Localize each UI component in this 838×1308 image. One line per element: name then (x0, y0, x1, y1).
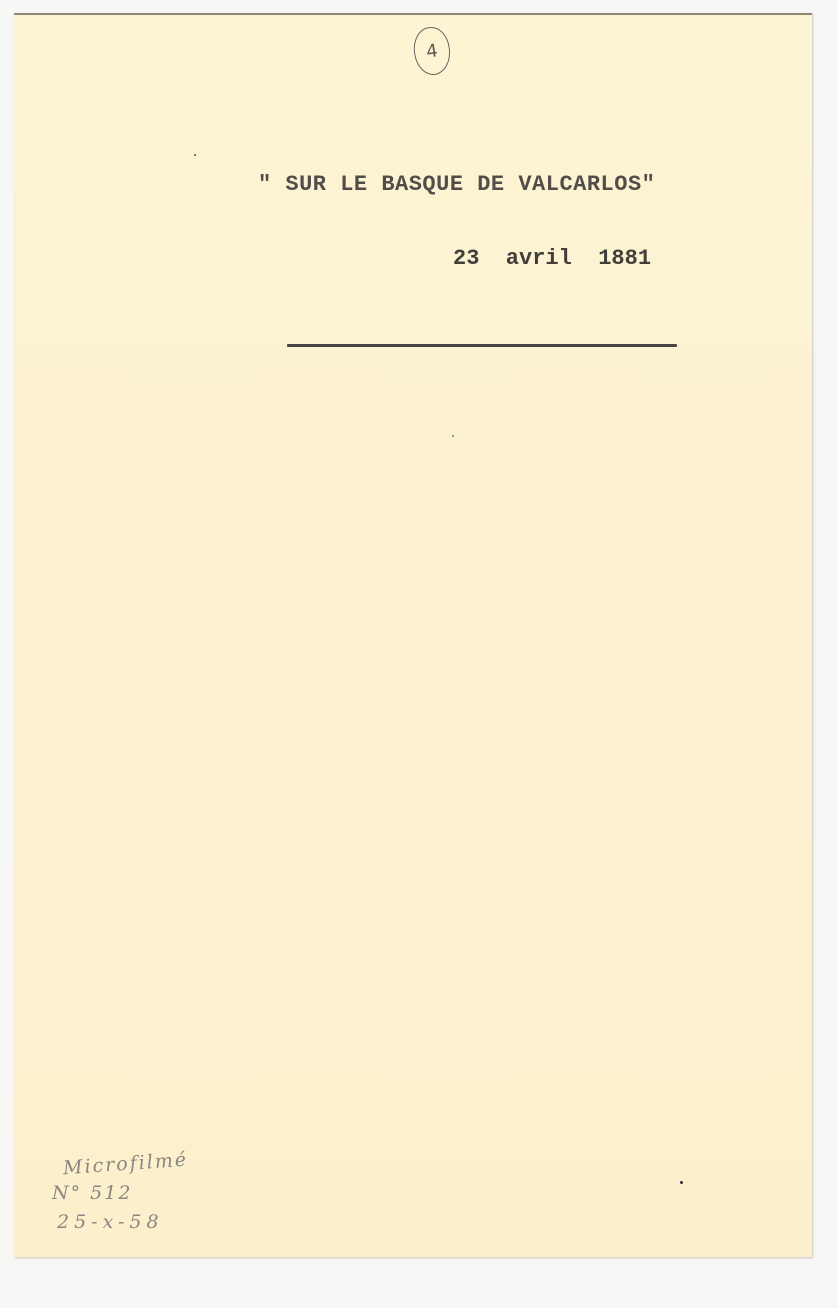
document-title: " SUR LE BASQUE DE VALCARLOS" (258, 172, 655, 197)
annotation-line-3: 25-x-58 (57, 1208, 188, 1237)
annotation-line-2: N° 512 (52, 1179, 188, 1208)
microfilm-annotation: Microfilmé N° 512 25-x-58 (55, 1150, 188, 1237)
paper-speck (452, 435, 454, 437)
paper-speck (194, 154, 196, 156)
underline-rule (287, 344, 677, 347)
paper-speck (680, 1181, 683, 1184)
document-page (14, 13, 812, 1257)
annotation-line-1: Microfilmé (62, 1146, 189, 1184)
page-number-text: 4 (425, 40, 439, 62)
document-date: 23 avril 1881 (453, 246, 651, 271)
